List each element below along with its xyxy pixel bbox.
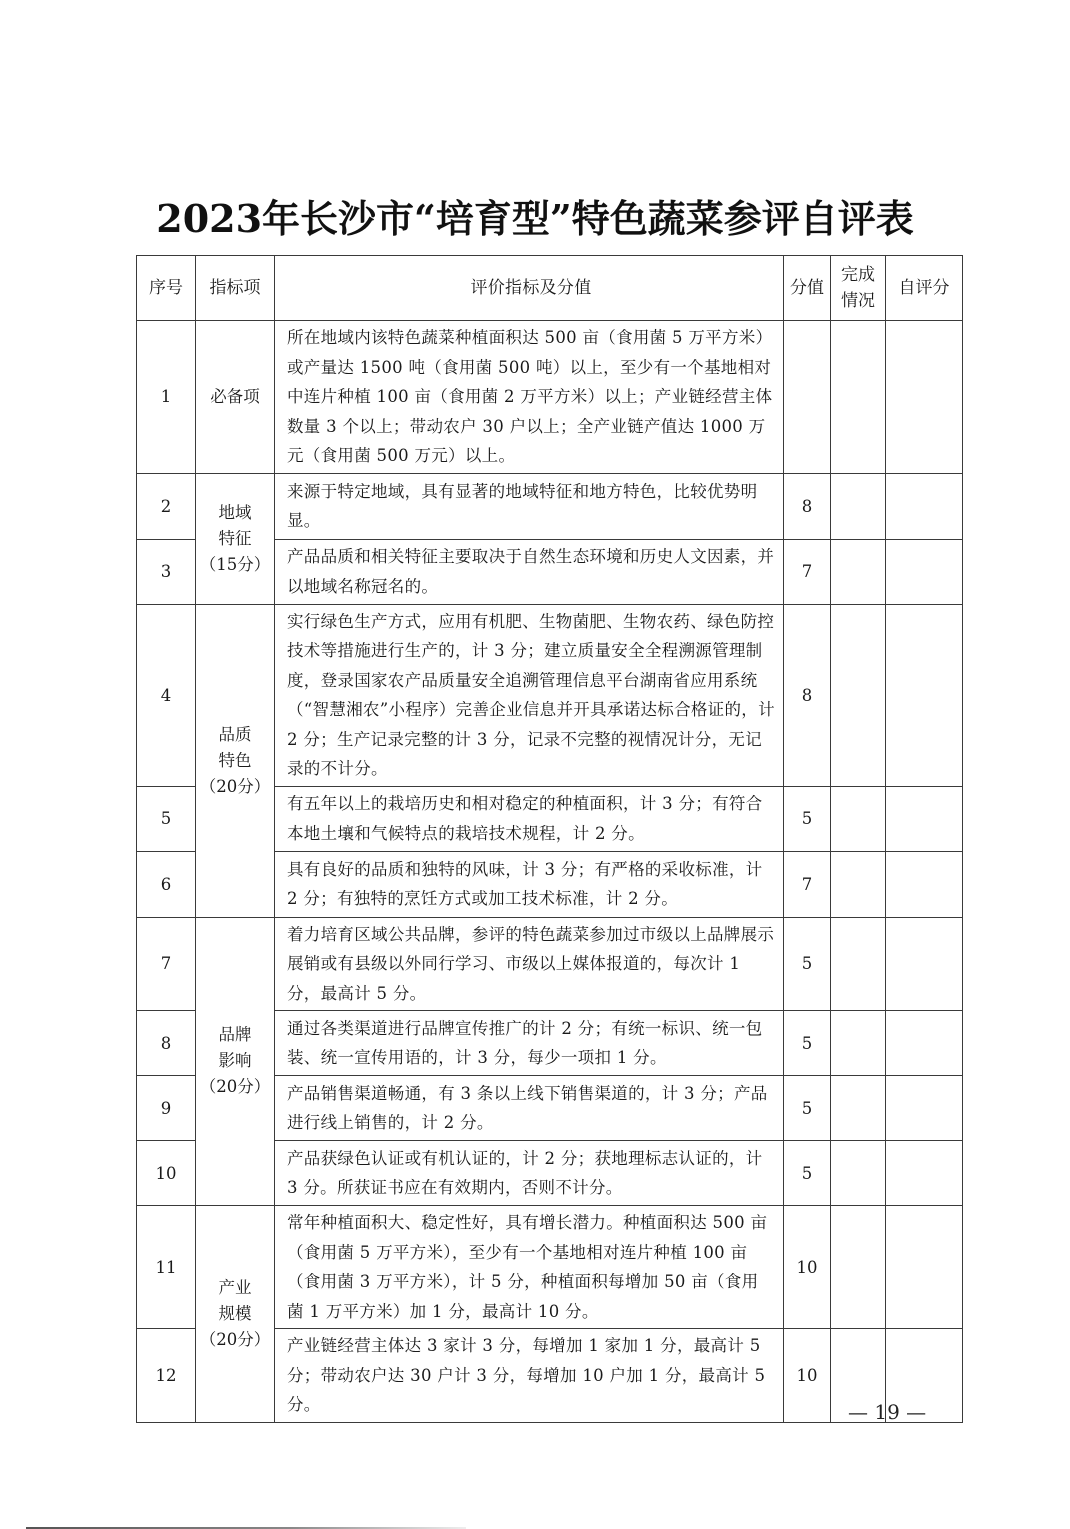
row-no: 3 (137, 539, 196, 604)
row-no: 7 (137, 917, 196, 1011)
criteria-text: 常年种植面积大、稳定性好，具有增长潜力。种植面积达 500 亩（食用菌 5 万平… (275, 1206, 784, 1329)
score-value: 5 (784, 917, 831, 1011)
category-brand: 品牌 影响 （20分） (196, 917, 275, 1206)
criteria-text: 产品品质和相关特征主要取决于自然生态环境和历史人文因素，并以地域名称冠名的。 (275, 539, 784, 604)
self-score-cell[interactable] (886, 1011, 963, 1076)
category-quality: 品质 特色 （20分） (196, 604, 275, 917)
header-completion: 完成情况 (831, 256, 886, 321)
score-value: 7 (784, 539, 831, 604)
self-score-cell[interactable] (886, 539, 963, 604)
criteria-text: 实行绿色生产方式，应用有机肥、生物菌肥、生物农药、绿色防控技术等措施进行生产的，… (275, 604, 784, 786)
row-no: 6 (137, 851, 196, 917)
document-title: 2023年长沙市“培育型”特色蔬菜参评自评表 (0, 188, 1070, 243)
completion-cell[interactable] (831, 1206, 886, 1329)
score-value: 10 (784, 1329, 831, 1423)
header-self-score: 自评分 (886, 256, 963, 321)
completion-cell[interactable] (831, 1076, 886, 1141)
category-points: （20分） (196, 1074, 274, 1100)
category-scale: 产业 规模 （20分） (196, 1206, 275, 1423)
header-category: 指标项 (196, 256, 275, 321)
self-score-cell[interactable] (886, 1076, 963, 1141)
score-value: 8 (784, 604, 831, 786)
table-header-row: 序号 指标项 评价指标及分值 分值 完成情况 自评分 (137, 256, 963, 321)
row-no: 4 (137, 604, 196, 786)
category-points: （20分） (196, 1327, 274, 1353)
score-value (784, 321, 831, 474)
completion-cell[interactable] (831, 473, 886, 539)
criteria-text: 产业链经营主体达 3 家计 3 分，每增加 1 家加 1 分，最高计 5 分；带… (275, 1329, 784, 1423)
row-no: 9 (137, 1076, 196, 1141)
score-value: 7 (784, 851, 831, 917)
header-no: 序号 (137, 256, 196, 321)
row-no: 5 (137, 786, 196, 851)
score-value: 5 (784, 786, 831, 851)
completion-cell[interactable] (831, 1011, 886, 1076)
category-regional: 地域 特征 （15分） (196, 473, 275, 604)
row-no: 12 (137, 1329, 196, 1423)
completion-cell[interactable] (831, 786, 886, 851)
score-value: 5 (784, 1076, 831, 1141)
self-score-cell[interactable] (886, 786, 963, 851)
criteria-text: 产品销售渠道畅通，有 3 条以上线下销售渠道的，计 3 分；产品进行线上销售的，… (275, 1076, 784, 1141)
category-label: 品质 (196, 722, 274, 748)
category-points: （15分） (196, 552, 274, 578)
category-points: （20分） (196, 774, 274, 800)
criteria-text: 有五年以上的栽培历史和相对稳定的种植面积，计 3 分；有符合本地土壤和气候特点的… (275, 786, 784, 851)
completion-cell[interactable] (831, 917, 886, 1011)
criteria-text: 产品获绿色认证或有机认证的，计 2 分；获地理标志认证的，计 3 分。所获证书应… (275, 1141, 784, 1206)
category-label: 产业 (196, 1275, 274, 1301)
self-score-cell[interactable] (886, 473, 963, 539)
category-required: 必备项 (196, 321, 275, 474)
score-value: 8 (784, 473, 831, 539)
completion-cell[interactable] (831, 1141, 886, 1206)
category-label: 品牌 (196, 1022, 274, 1048)
completion-cell[interactable] (831, 539, 886, 604)
category-label: 规模 (196, 1301, 274, 1327)
completion-cell[interactable] (831, 851, 886, 917)
row-no: 8 (137, 1011, 196, 1076)
criteria-text: 具有良好的品质和独特的风味，计 3 分；有严格的采收标准，计 2 分；有独特的烹… (275, 851, 784, 917)
row-no: 11 (137, 1206, 196, 1329)
self-score-cell[interactable] (886, 917, 963, 1011)
criteria-text: 通过各类渠道进行品牌宣传推广的计 2 分；有统一标识、统一包装、统一宣传用语的，… (275, 1011, 784, 1076)
criteria-text: 着力培育区域公共品牌，参评的特色蔬菜参加过市级以上品牌展示展销或有县级以外同行学… (275, 917, 784, 1011)
row-no: 1 (137, 321, 196, 474)
self-score-cell[interactable] (886, 851, 963, 917)
self-score-cell[interactable] (886, 321, 963, 474)
table-row: 11 产业 规模 （20分） 常年种植面积大、稳定性好，具有增长潜力。种植面积达… (137, 1206, 963, 1329)
criteria-text: 所在地域内该特色蔬菜种植面积达 500 亩（食用菌 5 万平方米）或产量达 15… (275, 321, 784, 474)
table-row: 2 地域 特征 （15分） 来源于特定地域，具有显著的地域特征和地方特色，比较优… (137, 473, 963, 539)
row-no: 2 (137, 473, 196, 539)
row-no: 10 (137, 1141, 196, 1206)
header-completion-text: 完成情况 (838, 262, 878, 314)
table-row: 7 品牌 影响 （20分） 着力培育区域公共品牌，参评的特色蔬菜参加过市级以上品… (137, 917, 963, 1011)
self-evaluation-table: 序号 指标项 评价指标及分值 分值 完成情况 自评分 1 必备项 所在地域内该特… (136, 255, 963, 1423)
self-score-cell[interactable] (886, 1141, 963, 1206)
completion-cell[interactable] (831, 604, 886, 786)
header-score: 分值 (784, 256, 831, 321)
table-row: 4 品质 特色 （20分） 实行绿色生产方式，应用有机肥、生物菌肥、生物农药、绿… (137, 604, 963, 786)
self-score-cell[interactable] (886, 604, 963, 786)
category-label: 特征 (196, 526, 274, 552)
category-label: 影响 (196, 1048, 274, 1074)
category-label: 必备项 (210, 387, 260, 406)
score-value: 5 (784, 1141, 831, 1206)
page-number: — 19 — (848, 1400, 926, 1424)
header-criteria: 评价指标及分值 (275, 256, 784, 321)
category-label: 地域 (196, 500, 274, 526)
category-label: 特色 (196, 748, 274, 774)
criteria-text: 来源于特定地域，具有显著的地域特征和地方特色，比较优势明显。 (275, 473, 784, 539)
table-row: 1 必备项 所在地域内该特色蔬菜种植面积达 500 亩（食用菌 5 万平方米）或… (137, 321, 963, 474)
score-value: 5 (784, 1011, 831, 1076)
completion-cell[interactable] (831, 321, 886, 474)
self-score-cell[interactable] (886, 1206, 963, 1329)
score-value: 10 (784, 1206, 831, 1329)
